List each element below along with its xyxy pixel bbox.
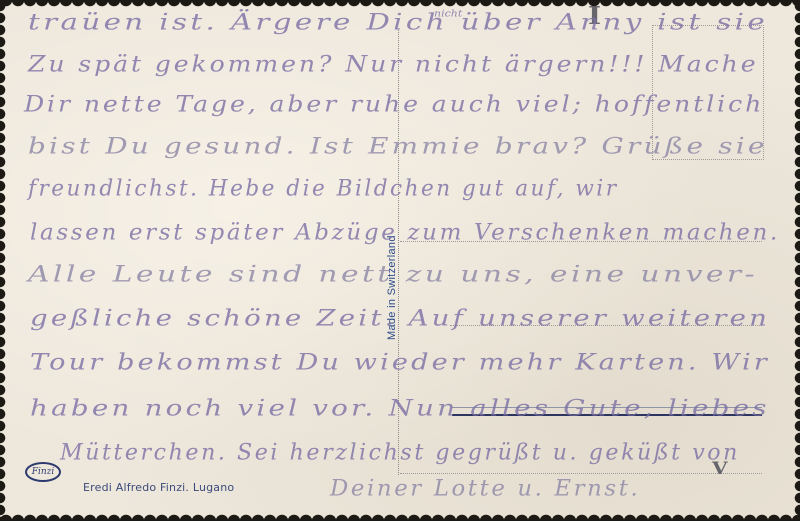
handwriting-line-9: Tour bekommst Du wieder mehr Karten. Wir: [30, 350, 770, 376]
deckled-edge-left: [0, 0, 10, 521]
handwriting-line-8: geßliche schöne Zeit. Auf unserer weiter…: [30, 306, 770, 332]
publisher-logo-icon: Finzi: [25, 462, 61, 482]
handwriting-line-3: Dir nette Tage, aber ruhe auch viel; hof…: [24, 92, 764, 118]
publisher-imprint: Eredi Alfredo Finzi. Lugano: [83, 481, 234, 494]
deckled-edge-bottom: [0, 509, 800, 521]
logo-text: Finzi: [32, 467, 55, 477]
handwriting-line-4: bist Du gesund. Ist Emmie brav? Grüße si…: [28, 134, 768, 160]
handwriting-line-10: haben noch viel vor. Nun alles Gute, lie…: [30, 396, 770, 422]
address-line-3: [400, 473, 762, 474]
handwriting-line-6: lassen erst später Abzüge zum Verschenke…: [30, 220, 780, 246]
handwriting-line-5: freundlichst. Hebe die Bildchen gut auf,…: [28, 176, 619, 202]
handwriting-line-7: Alle Leute sind nett zu uns, eine unver-: [28, 262, 758, 288]
handwriting-line-11: Mütterchen. Sei herzlichst gegrüßt u. ge…: [60, 440, 740, 466]
handwriting-line-12: Deiner Lotte u. Ernst.: [330, 476, 640, 502]
handwriting-line-2: Zu spät gekommen? Nur nicht ärgern!!! Ma…: [28, 52, 758, 78]
handwriting-line-1: traüen ist. Ärgere Dich über Anny ist si…: [28, 10, 768, 36]
postcard-back: Made in Switzerland Finzi Eredi Alfredo …: [0, 0, 800, 521]
deckled-edge-right: [790, 0, 800, 521]
